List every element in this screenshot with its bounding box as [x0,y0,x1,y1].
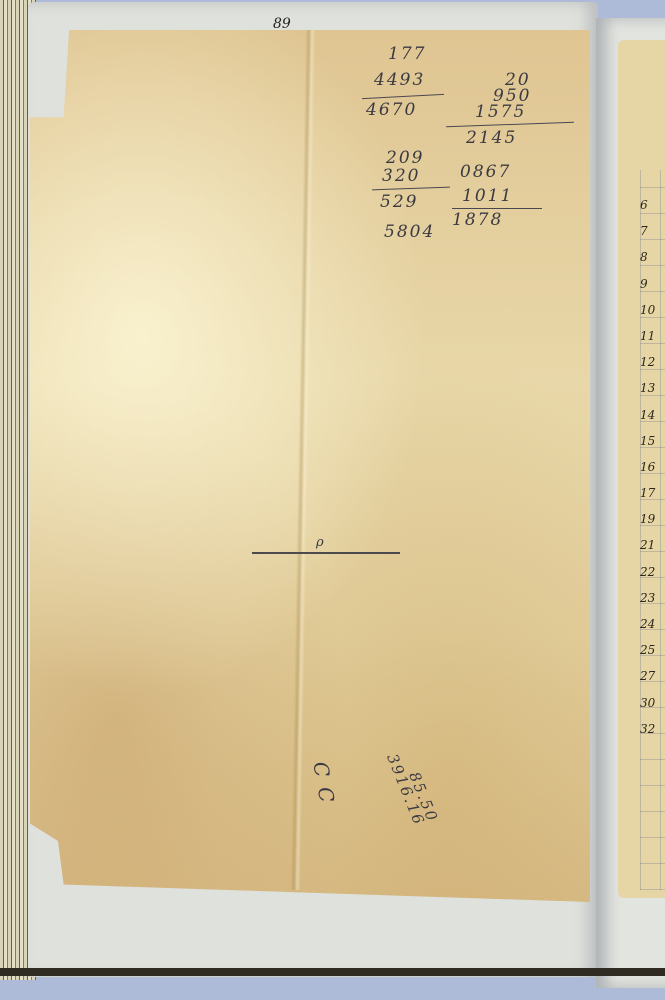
sum-c-total: 529 [380,194,418,211]
ledger-row-number: 10 [640,297,655,323]
ledger-sheet: 6 7 8 9 10 11 12 13 14 15 16 17 19 21 22… [618,40,665,898]
ledger-row-number: 16 [640,454,655,480]
ledger-row-number: 19 [640,506,655,532]
sum-b-line-3: 1575 [475,104,526,121]
ledger-row-number: 6 [640,192,655,218]
sum-c-line-2: 320 [382,168,420,185]
center-mark: ρ [316,536,326,549]
ledger-row-number: 24 [640,611,655,637]
ledger-row-number: 25 [640,637,655,663]
ledger-row-number: 8 [640,244,655,270]
bottom-note-left: C C [310,760,337,806]
ledger-row-number: 27 [640,663,655,689]
ledger-row-number: 7 [640,218,655,244]
ledger-row-numbers: 6 7 8 9 10 11 12 13 14 15 16 17 19 21 22… [640,192,655,742]
ledger-row-number: 23 [640,585,655,611]
sum-a-line-1: 177 [388,46,426,63]
ledger-row-number: 30 [640,690,655,716]
ledger-row-number: 14 [640,402,655,428]
ledger-row-number: 9 [640,271,655,297]
ledger-row-number: 11 [640,323,655,349]
pencil-line [252,552,400,554]
book-bottom-edge [0,968,665,976]
sum-d-line-1: 0867 [460,164,511,181]
page-number-mark: 89 [273,16,291,32]
ledger-row-number: 15 [640,428,655,454]
ledger-row-number: 13 [640,375,655,401]
sum-d-total: 1878 [452,212,503,229]
sum-d-rule [452,208,542,209]
sum-c-line-1: 209 [386,150,424,167]
ledger-row-number: 21 [640,532,655,558]
ledger-row-number: 22 [640,559,655,585]
ledger-row-number: 17 [640,480,655,506]
ledger-row-number: 12 [640,349,655,375]
sum-a-line-2: 4493 [374,72,425,89]
sum-c-extra: 5804 [384,224,435,241]
sum-d-line-2: 1011 [462,188,513,205]
sum-b-total: 2145 [466,130,517,147]
sum-a-total: 4670 [366,102,417,119]
ledger-row-number: 32 [640,716,655,742]
